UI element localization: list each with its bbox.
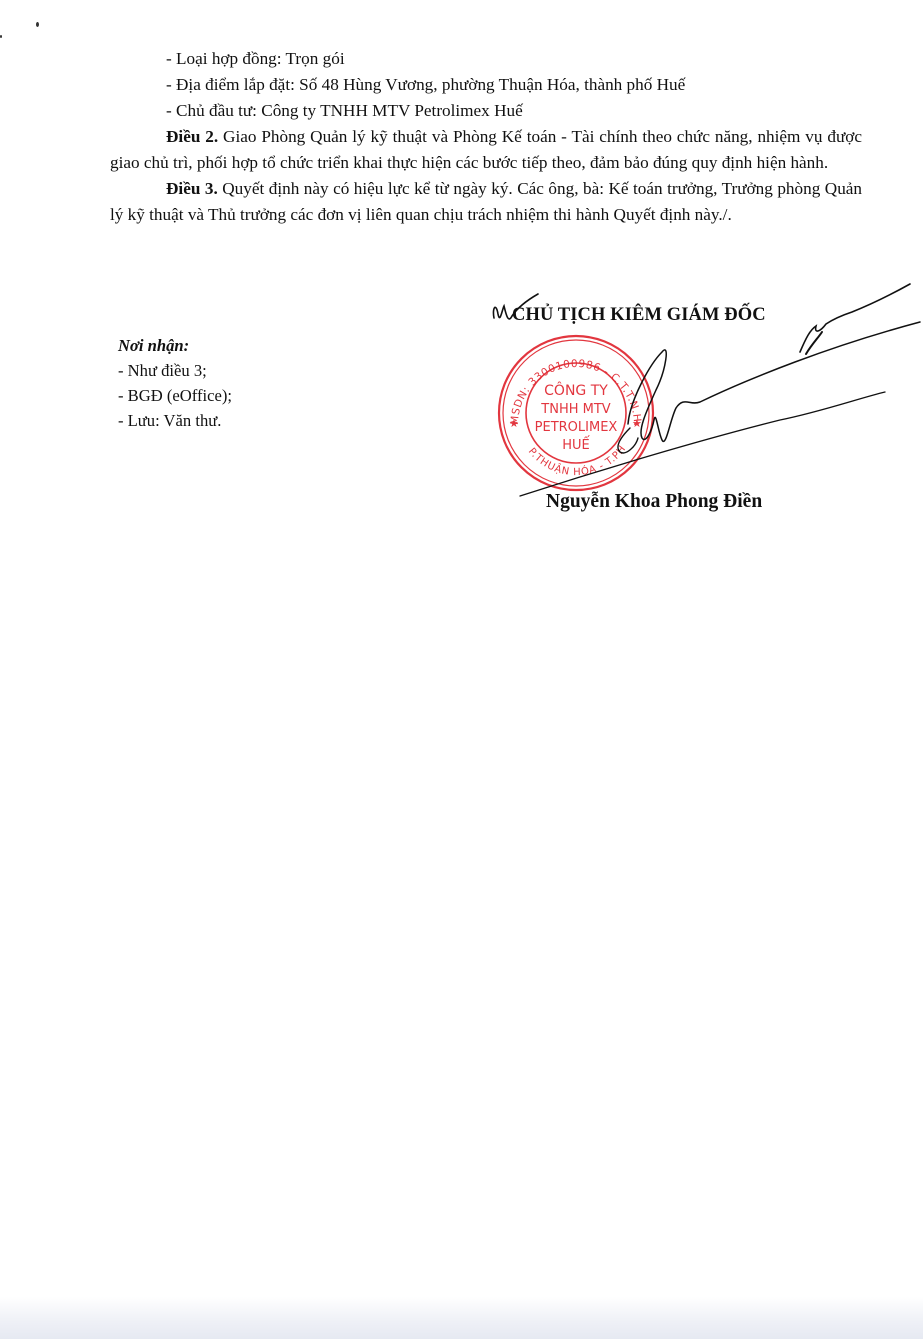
svg-text:PETROLIMEX: PETROLIMEX [535, 420, 618, 435]
svg-text:TNHH MTV: TNHH MTV [540, 402, 611, 417]
scan-background-band [0, 1297, 923, 1339]
recipient-item: - Lưu: Văn thư. [118, 408, 232, 433]
recipients-block: Nơi nhận: - Như điều 3; - BGĐ (eOffice);… [118, 333, 232, 433]
recipient-item: - BGĐ (eOffice); [118, 383, 232, 408]
document-body: - Loại hợp đồng: Trọn gói - Địa điểm lắp… [110, 46, 862, 228]
svg-text:CÔNG TY: CÔNG TY [544, 381, 608, 399]
scan-speck [36, 22, 39, 27]
install-location-line: - Địa điểm lắp đặt: Số 48 Hùng Vương, ph… [110, 72, 862, 98]
article-3: Điều 3. Quyết định này có hiệu lực kể từ… [110, 176, 862, 228]
svg-text:HUẾ: HUẾ [562, 436, 590, 453]
scan-speck [0, 35, 2, 38]
company-seal-icon: MSDN: 3300100986 - C.T.T.N.H.H P.THUẬN H… [496, 333, 656, 493]
article-2-label: Điều 2. [166, 127, 218, 146]
article-2: Điều 2. Giao Phòng Quản lý kỹ thuật và P… [110, 124, 862, 176]
article-2-text: Giao Phòng Quản lý kỹ thuật và Phòng Kế … [110, 127, 862, 172]
contract-type-line: - Loại hợp đồng: Trọn gói [110, 46, 862, 72]
svg-text:★: ★ [632, 417, 642, 430]
article-3-label: Điều 3. [166, 179, 218, 198]
investor-line: - Chủ đầu tư: Công ty TNHH MTV Petrolime… [110, 98, 862, 124]
article-3-text: Quyết định này có hiệu lực kể từ ngày ký… [110, 179, 862, 224]
signer-name: Nguyễn Khoa Phong Điền [546, 491, 762, 513]
signer-title: CHỦ TỊCH KIÊM GIÁM ĐỐC [512, 305, 766, 326]
recipient-item: - Như điều 3; [118, 358, 232, 383]
recipients-heading: Nơi nhận: [118, 333, 232, 358]
svg-text:★: ★ [509, 417, 519, 430]
